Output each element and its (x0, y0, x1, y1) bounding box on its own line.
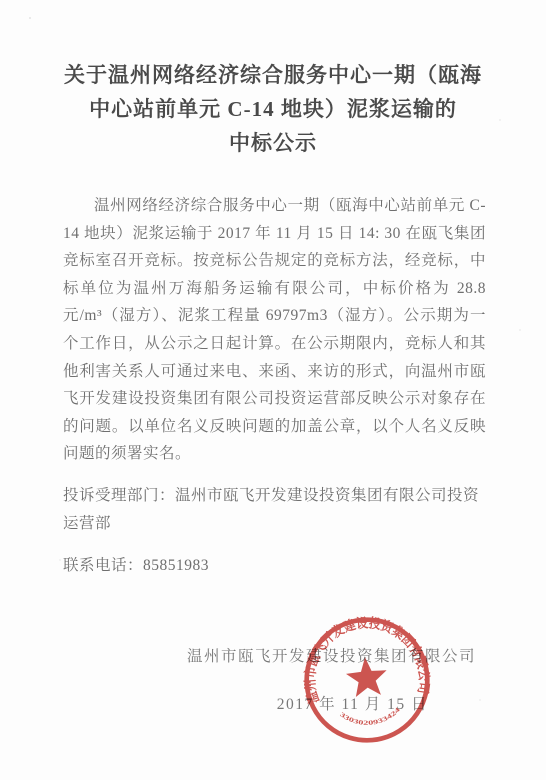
complaint-department-line: 投诉受理部门：温州市瓯飞开发建设投资集团有限公司投资运营部 (63, 482, 486, 538)
seal-star-icon (345, 656, 389, 698)
document-title: 关于温州网络经济综合服务中心一期（瓯海 中心站前单元 C-14 地块）泥浆运输的… (0, 0, 546, 160)
official-seal: 温州市瓯飞开发建设投资集团有限公司 3303020933424 (294, 607, 439, 752)
title-line-2: 中心站前单元 C-14 地块）泥浆运输的 (0, 92, 546, 126)
scanned-document-page: 关于温州网络经济综合服务中心一期（瓯海 中心站前单元 C-14 地块）泥浆运输的… (0, 0, 546, 780)
contact-phone-line: 联系电话：85851983 (63, 552, 486, 580)
seal-code-text: 3303020933424 (338, 705, 404, 729)
title-line-1: 关于温州网络经济综合服务中心一期（瓯海 (0, 58, 546, 92)
announcement-body-paragraph: 温州网络经济综合服务中心一期（瓯海中心站前单元 C-14 地块）泥浆运输于 20… (63, 192, 486, 468)
title-line-3: 中标公示 (0, 126, 546, 160)
